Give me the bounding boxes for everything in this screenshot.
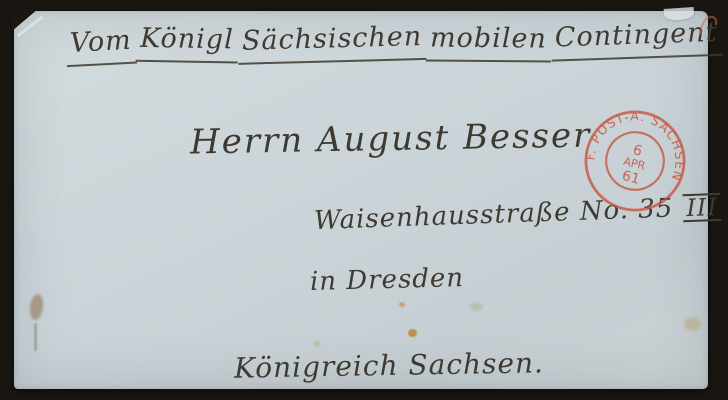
recipient-name: Herrn August Besser bbox=[190, 116, 592, 163]
stain-spot bbox=[408, 329, 417, 337]
sender-endorsement-line: Vom Königl Sächsischen mobilen Contingen… bbox=[66, 21, 682, 64]
sender-word: Vom bbox=[65, 27, 137, 68]
sender-word: Sächsischen bbox=[237, 23, 426, 65]
stain-spot bbox=[399, 302, 405, 307]
postmark-year: 61 bbox=[620, 168, 641, 188]
stain-spot bbox=[684, 317, 701, 331]
red-pencil-mark bbox=[698, 13, 720, 39]
photo-of-envelope: { "envelope": { "description": "Historic… bbox=[0, 0, 728, 400]
stain-spot bbox=[314, 341, 321, 347]
stain-drip bbox=[34, 323, 37, 351]
sender-word: mobilen bbox=[426, 24, 551, 62]
sender-word: Contingent bbox=[550, 19, 722, 62]
sender-word: Königl bbox=[136, 25, 238, 64]
stain-spot bbox=[470, 302, 483, 311]
city-line: in Dresden bbox=[310, 263, 465, 297]
envelope-paper: Vom Königl Sächsischen mobilen Contingen… bbox=[14, 11, 708, 389]
region-line: Königreich Sachsen. bbox=[234, 346, 544, 384]
stain-left-edge bbox=[28, 293, 44, 321]
